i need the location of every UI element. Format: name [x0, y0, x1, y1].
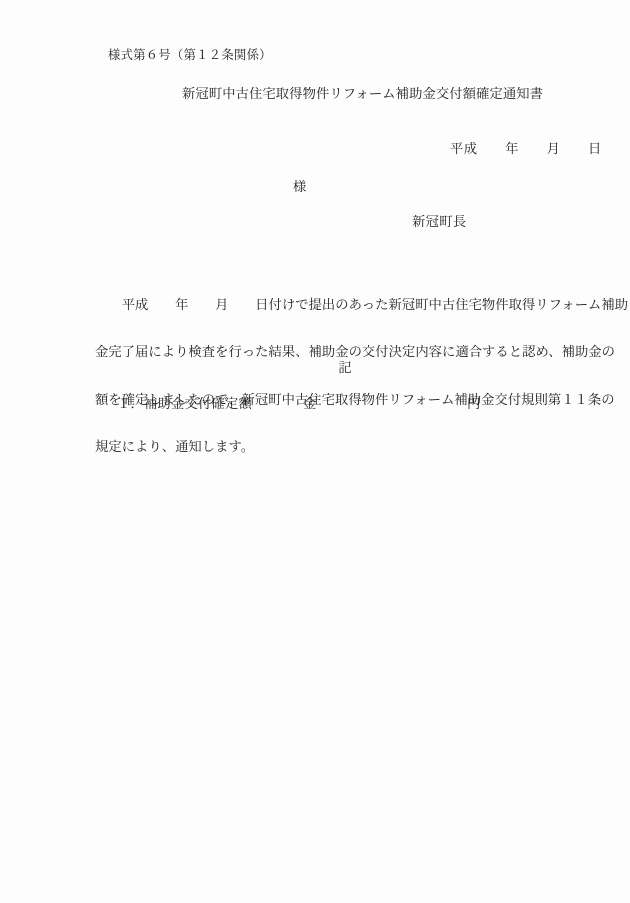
list-marker-ki: 記 [95, 361, 595, 374]
item-1-currency-suffix: 円 [467, 397, 480, 410]
body-line: 規定により、通知します。 [95, 436, 620, 457]
sender-title: 新冠町長 [412, 215, 466, 228]
body-line: 平成 年 月 日付けで提出のあった新冠町中古住宅物件取得リフォーム補助 [95, 294, 620, 315]
item-1-row: １．補助金交付確定額 金 円 [0, 397, 630, 417]
issue-date-line: 平成 年 月 日 [450, 142, 602, 155]
document-page: 様式第６号（第１２条関係） 新冠町中古住宅取得物件リフォーム補助金交付額確定通知… [0, 0, 630, 903]
body-line: 金完了届により検査を行った結果、補助金の交付決定内容に適合すると認め、補助金の [95, 341, 620, 362]
addressee-honorific: 様 [293, 180, 306, 193]
item-1-label: １．補助金交付確定額 [117, 397, 252, 410]
form-number: 様式第６号（第１２条関係） [108, 49, 272, 61]
item-1-currency-prefix: 金 [303, 397, 316, 410]
document-title: 新冠町中古住宅取得物件リフォーム補助金交付額確定通知書 [182, 87, 543, 100]
body-paragraph: 平成 年 月 日付けで提出のあった新冠町中古住宅物件取得リフォーム補助 金完了届… [95, 267, 620, 484]
